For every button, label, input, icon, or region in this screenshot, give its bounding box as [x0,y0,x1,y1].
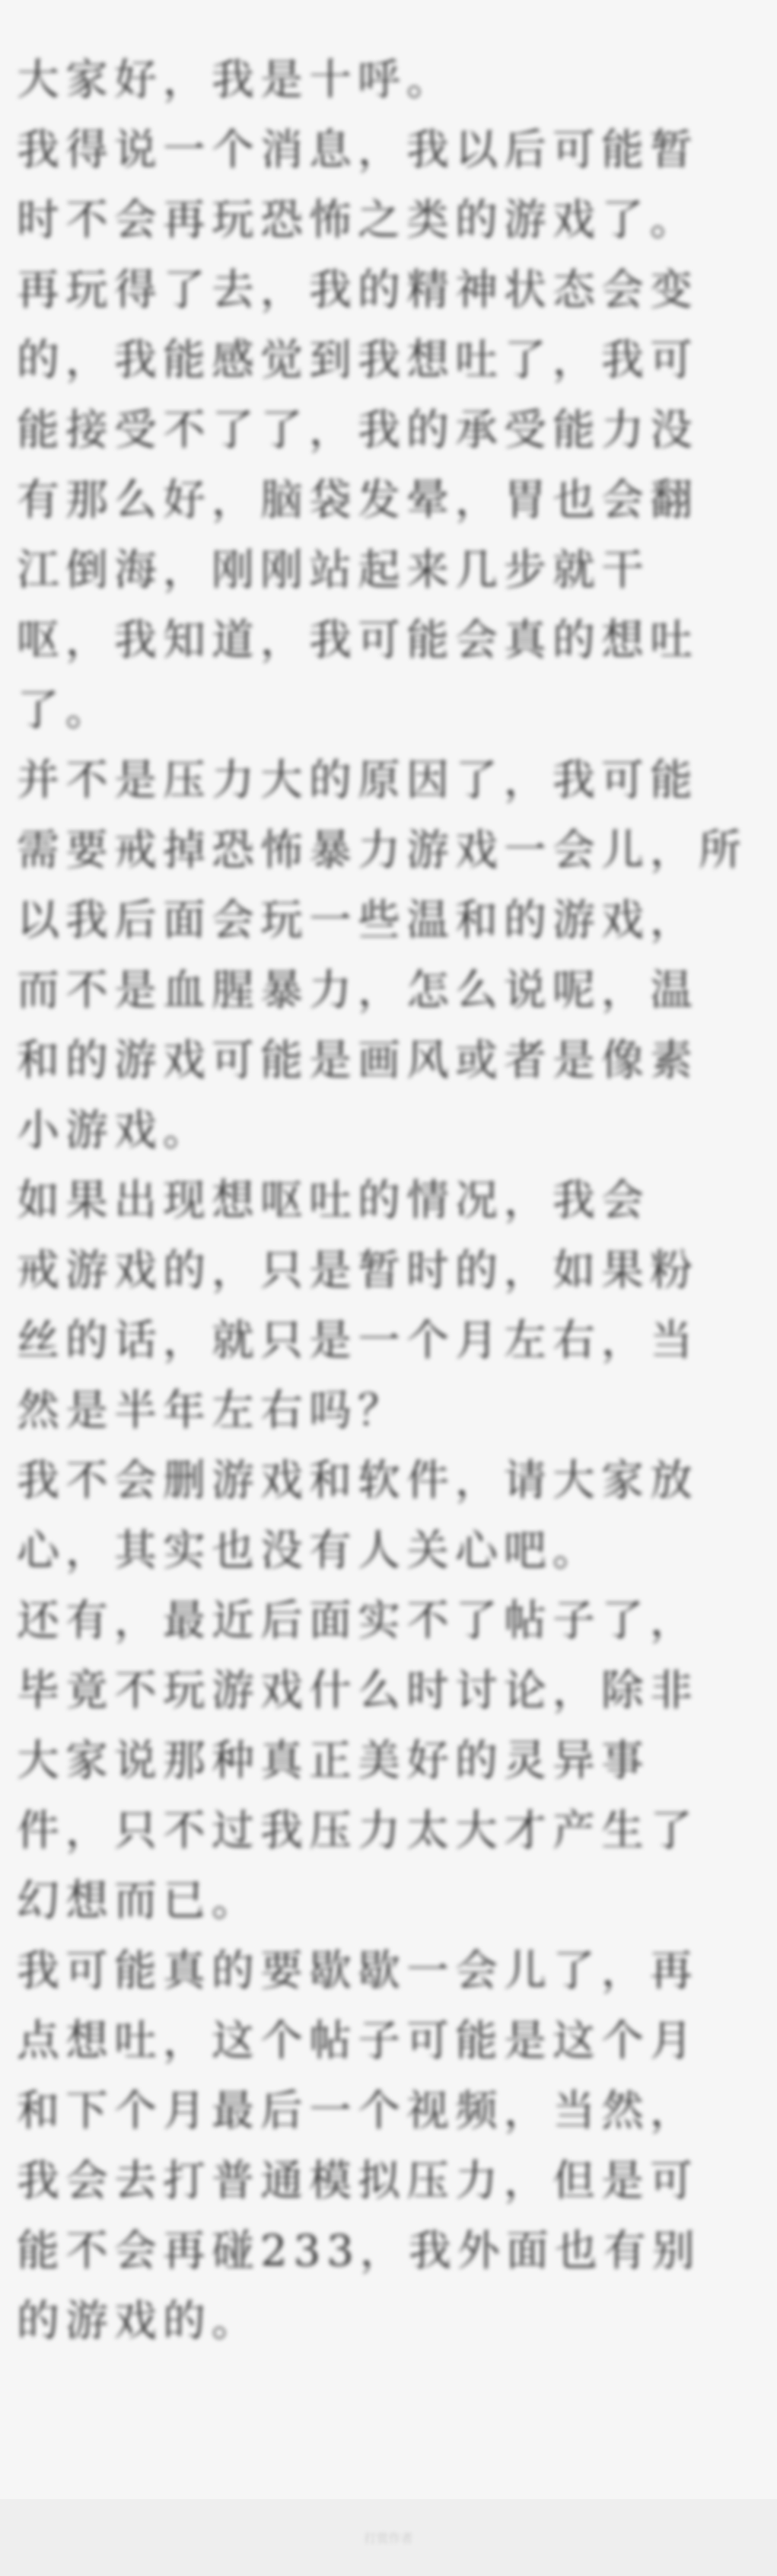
text-line: 戒游戏的，只是暂时的，如果粉 [17,1236,763,1306]
text-line: 毕竟不玩游戏什么时讨论，除非 [17,1656,763,1726]
text-line: 和的游戏可能是画风或者是像素 [17,1026,763,1096]
text-line: 小游戏。 [17,1096,763,1166]
paragraph-6: 还有，最近后面实不了帖子了， 毕竟不玩游戏什么时讨论，除非 大家说那种真正美好的… [17,1586,763,1937]
text-line: 能接受不了了，我的承受能力没 [17,396,763,466]
text-line: 了。 [17,676,763,746]
text-line: 我不会删游戏和软件，请大家放 [17,1446,763,1516]
text-line: 再玩得了去，我的精神状态会变 [17,256,763,326]
paragraph-1: 大家好，我是十呼。 [17,46,763,116]
text-line: 而不是血腥暴力，怎么说呢，温 [17,956,763,1026]
text-line: 的，我能感觉到我想吐了，我可 [17,326,763,396]
footer-bar: 打赏作者 [0,2499,777,2576]
paragraph-3: 并不是压力大的原因了，我可能 需要戒掉恐怖暴力游戏一会儿，所 以我后面会玩一些温… [17,746,763,1166]
paragraph-2: 我得说一个消息，我以后可能暂 时不会再玩恐怖之类的游戏了。 再玩得了去，我的精神… [17,116,763,746]
text-line: 我可能真的要歇歇一会儿了，再 [17,1937,763,2007]
text-line: 然是半年左右吗？ [17,1376,763,1446]
text-line: 还有，最近后面实不了帖子了， [17,1586,763,1656]
text-line: 能不会再碰233，我外面也有别 [17,2217,763,2287]
text-line: 如果出现想呕吐的情况，我会 [17,1166,763,1236]
text-line: 有那么好，脑袋发晕，胃也会翻 [17,466,763,536]
text-line: 呕，我知道，我可能会真的想吐 [17,606,763,676]
text-line: 幻想而已。 [17,1867,763,1937]
text-line: 时不会再玩恐怖之类的游戏了。 [17,186,763,256]
text-line: 点想吐，这个帖子可能是这个月 [17,2007,763,2077]
text-line: 需要戒掉恐怖暴力游戏一会儿，所 [17,816,763,886]
text-line: 和下个月最后一个视频，当然， [17,2077,763,2147]
text-line: 件，只不过我压力太大才产生了 [17,1797,763,1867]
text-line: 我得说一个消息，我以后可能暂 [17,116,763,186]
text-line: 我会去打普通模拟压力，但是可 [17,2147,763,2217]
text-line: 大家好，我是十呼。 [17,46,763,116]
text-line: 江倒海，刚刚站起来几步就干 [17,536,763,606]
text-line: 心，其实也没有人关心吧。 [17,1516,763,1586]
footer-label[interactable]: 打赏作者 [364,2529,412,2546]
article-body: 大家好，我是十呼。 我得说一个消息，我以后可能暂 时不会再玩恐怖之类的游戏了。 … [17,46,763,2357]
text-line: 以我后面会玩一些温和的游戏， [17,886,763,956]
text-line: 丝的话，就只是一个月左右，当 [17,1306,763,1376]
text-line: 大家说那种真正美好的灵异事 [17,1726,763,1797]
paragraph-7: 我可能真的要歇歇一会儿了，再 点想吐，这个帖子可能是这个月 和下个月最后一个视频… [17,1937,763,2357]
paragraph-4: 如果出现想呕吐的情况，我会 戒游戏的，只是暂时的，如果粉 丝的话，就只是一个月左… [17,1166,763,1446]
text-line: 并不是压力大的原因了，我可能 [17,746,763,816]
paragraph-5: 我不会删游戏和软件，请大家放 心，其实也没有人关心吧。 [17,1446,763,1586]
text-line: 的游戏的。 [17,2287,763,2357]
